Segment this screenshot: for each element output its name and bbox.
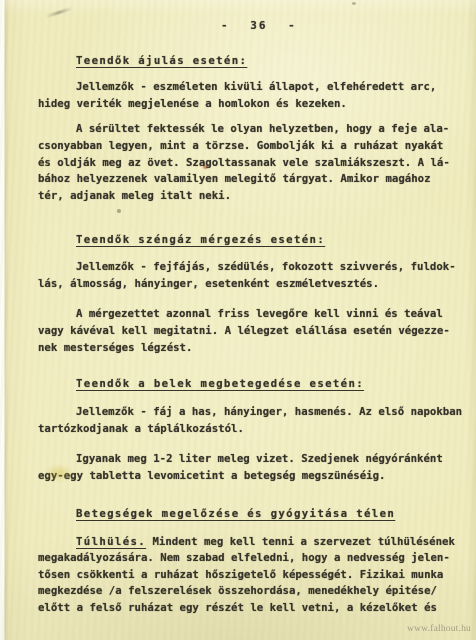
section-heading-gas-poisoning: Teendők széngáz mérgezés esetén: — [76, 232, 325, 247]
paragraph: Jellemzők - eszméleten kivüli állapot, e… — [38, 79, 470, 113]
paragraph: Igyanak meg 1-2 liter meleg vizet. Szedj… — [38, 451, 470, 485]
paragraph: Jellemzők - fejfájás, szédülés, fokozott… — [38, 259, 470, 293]
paragraph: A sérültet fektessék le olyan helyzetben… — [38, 121, 470, 205]
underlined-lead-word: Túlhülés. — [76, 535, 146, 548]
pencil-mark — [45, 7, 73, 19]
section-heading-fainting: Teendők ájulás esetén: — [76, 53, 247, 68]
paper-speck — [352, 2, 356, 5]
paragraph: A mérgezettet azonnal friss levegőre kel… — [38, 306, 470, 356]
paragraph: Jellemzők - fáj a has, hányinger, hasmen… — [38, 404, 470, 438]
paper-speck — [117, 209, 121, 213]
scanned-page: - 36 - Teendők ájulás esetén: Jellemzők … — [0, 0, 476, 640]
section-heading-intestinal-illness: Teendők a belek megbetegedése esetén: — [76, 376, 364, 391]
watermark: www.falhout.hu — [407, 624, 471, 634]
paragraph: Túlhülés. Mindent meg kell tenni a szerv… — [38, 534, 470, 616]
section-heading-winter-prevention: Betegségek megelőzése és gyógyitása téle… — [76, 506, 395, 521]
page-number: - 36 - — [221, 19, 297, 32]
